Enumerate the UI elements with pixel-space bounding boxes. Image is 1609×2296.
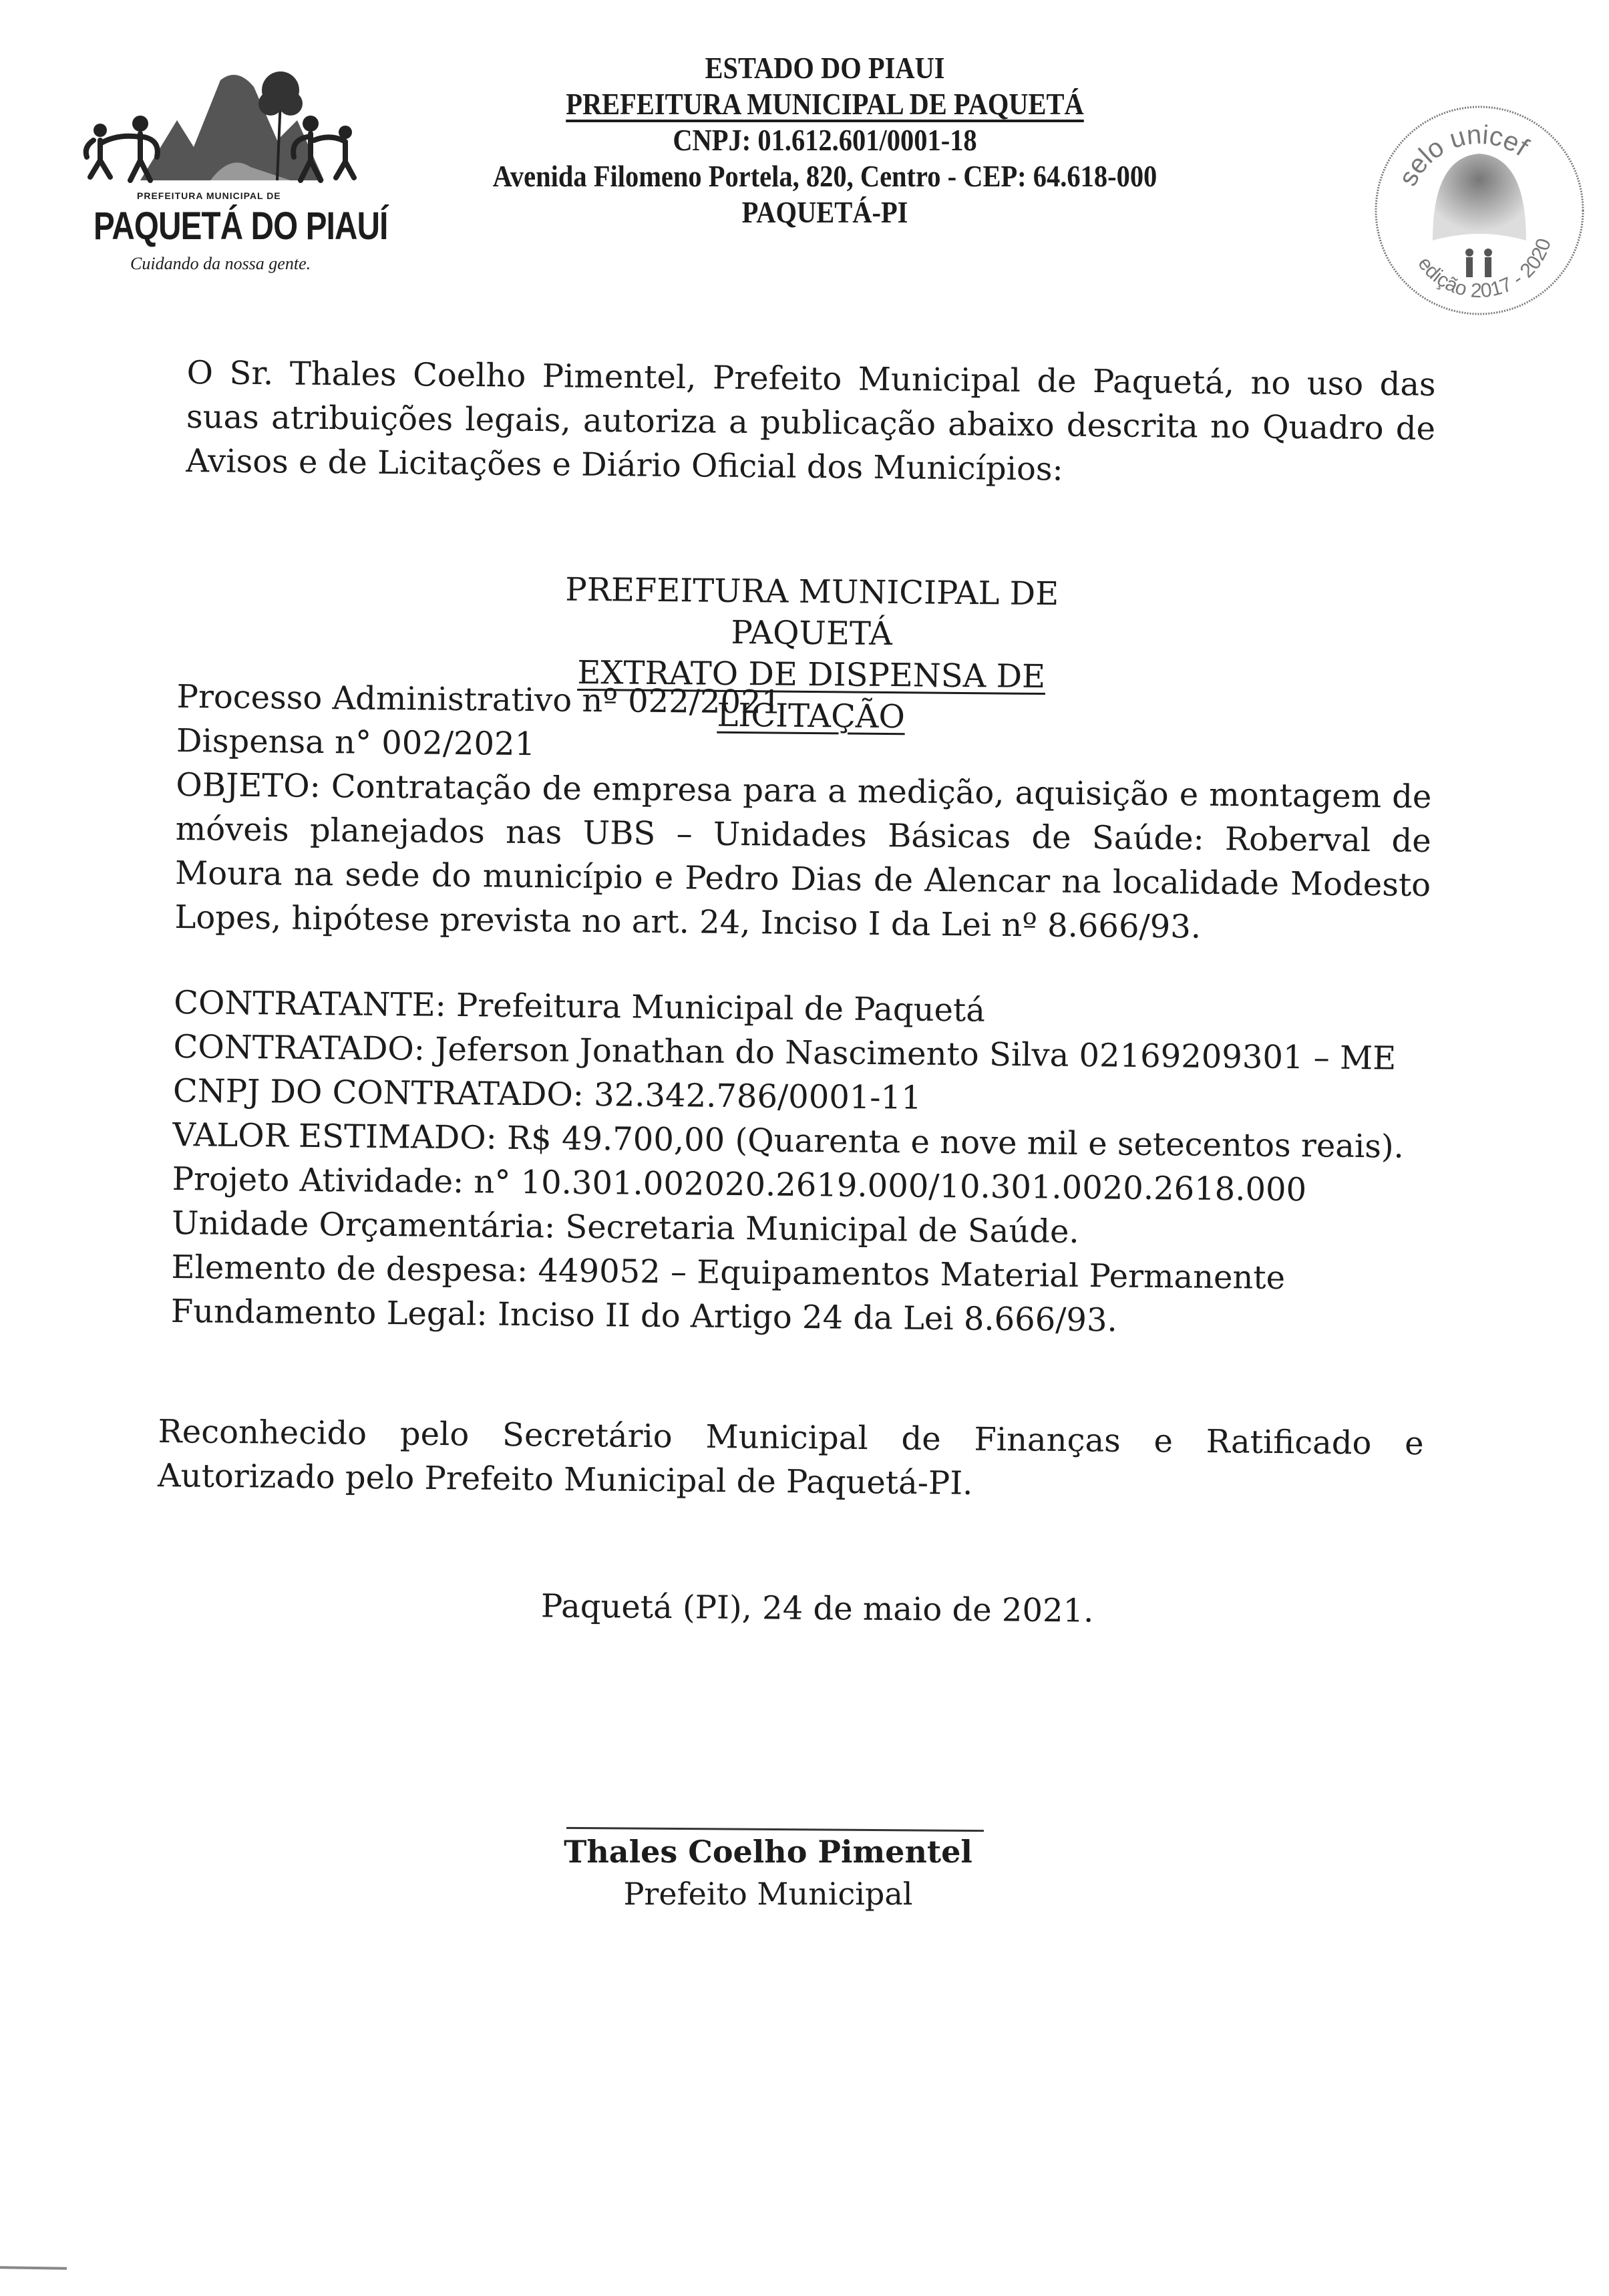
document-date: Paquetá (PI), 24 de maio de 2021. bbox=[541, 1587, 1094, 1629]
municipal-logo: PREFEITURA MUNICIPAL DE PAQUETÁ DO PIAUÍ… bbox=[63, 40, 364, 254]
city: PAQUETÁ-PI bbox=[428, 194, 1222, 230]
prefeitura-name: PREFEITURA MUNICIPAL DE PAQUETÁ bbox=[428, 86, 1222, 122]
signatory-name: Thales Coelho Pimentel bbox=[528, 1834, 1009, 1870]
letterhead: ESTADO DO PIAUI PREFEITURA MUNICIPAL DE … bbox=[374, 50, 1276, 230]
recognition-paragraph: Reconhecido pelo Secretário Municipal de… bbox=[158, 1410, 1424, 1510]
scan-edge-mark bbox=[0, 2266, 67, 2269]
signature-line bbox=[566, 1827, 984, 1832]
address: Avenida Filomeno Portela, 820, Centro - … bbox=[428, 158, 1222, 194]
unicef-seal-icon: selo unicef edição 2017 - 2020 bbox=[1369, 100, 1590, 321]
state-name: ESTADO DO PIAUI bbox=[428, 50, 1222, 86]
intro-paragraph: O Sr. Thales Coelho Pimentel, Prefeito M… bbox=[186, 351, 1436, 495]
logo-slogan: Cuidando da nossa gente. bbox=[130, 254, 311, 274]
logo-subtitle: PREFEITURA MUNICIPAL DE bbox=[137, 190, 281, 201]
logo-name: PAQUETÁ DO PIAUÍ bbox=[94, 204, 387, 249]
svg-text:edição 2017 - 2020: edição 2017 - 2020 bbox=[1413, 236, 1556, 302]
signatory-role: Prefeito Municipal bbox=[528, 1876, 1009, 1912]
objeto: OBJETO: Contratação de empresa para a me… bbox=[174, 763, 1431, 951]
cnpj: CNPJ: 01.612.601/0001-18 bbox=[428, 122, 1222, 158]
unicef-seal: selo unicef edição 2017 - 2020 bbox=[1369, 100, 1590, 321]
municipal-logo-icon bbox=[77, 40, 357, 187]
extract-fields: Processo Administrativo nº 022/2021 Disp… bbox=[171, 675, 1433, 1345]
extract-title-prefeitura: PREFEITURA MUNICIPAL DE PAQUETÁ bbox=[491, 568, 1133, 657]
